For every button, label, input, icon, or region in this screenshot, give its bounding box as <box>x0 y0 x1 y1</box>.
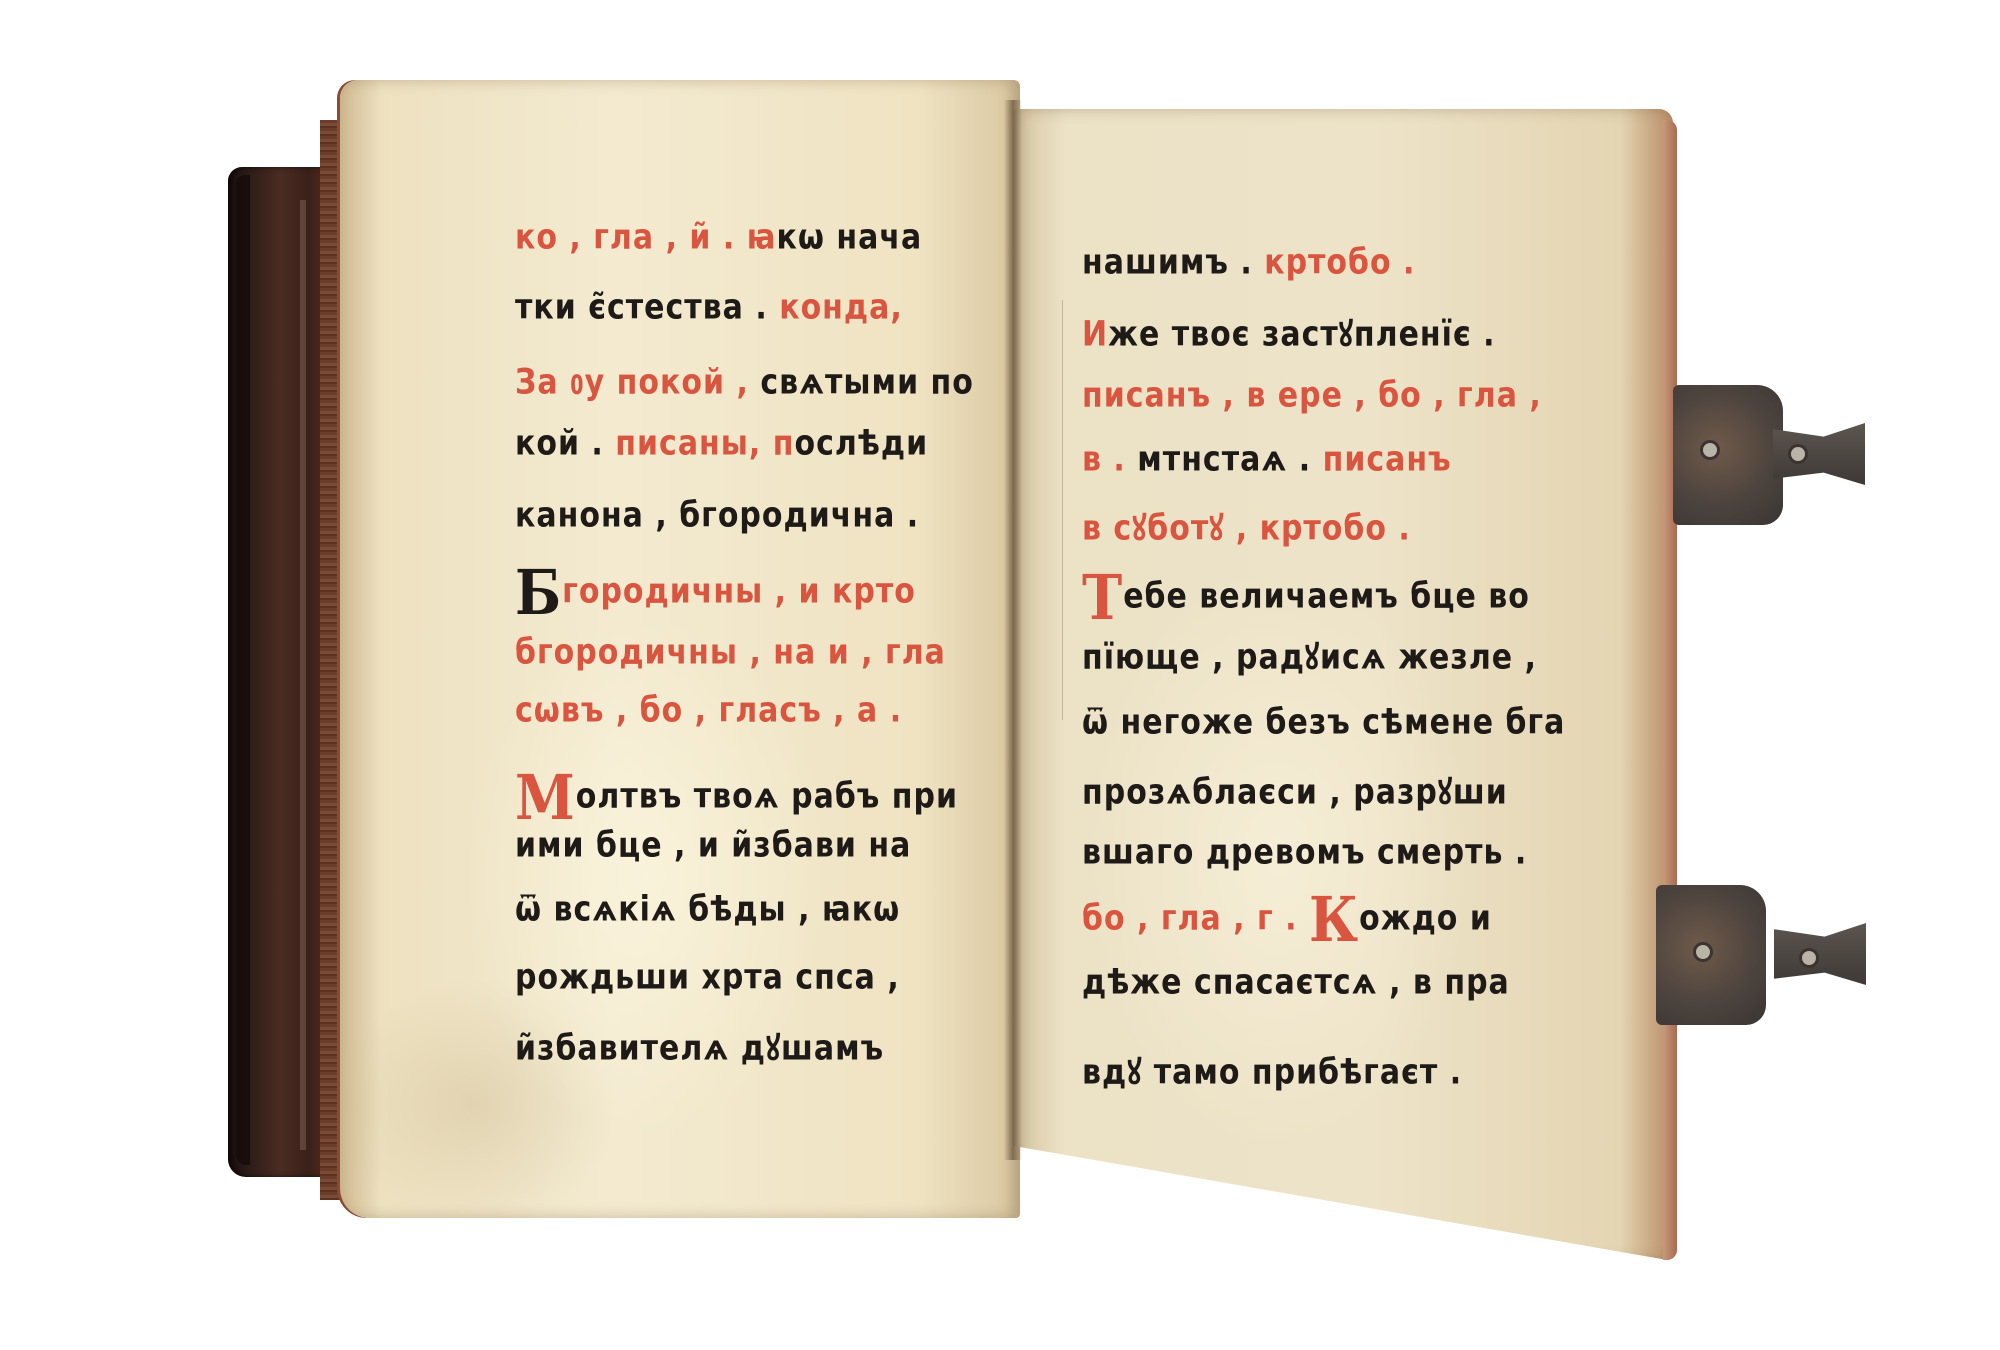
right-text-line: в сꙋботꙋ , кртобо . <box>1082 503 1411 550</box>
rubric-text: ꙗ <box>747 217 777 257</box>
rivet-icon <box>1703 443 1717 457</box>
body-text: и̃збавителѧ дꙋшамъ <box>515 1029 884 1069</box>
body-text: олтвъ твоѧ рабъ при <box>576 776 958 816</box>
body-text: же твоє застꙋпленїє . <box>1108 315 1495 355</box>
body-text: кѡ нача <box>777 217 923 257</box>
rubric-text: бо , гла , г . <box>1082 898 1309 938</box>
left-text-line: За ᲂу покой , свѧтыми по <box>515 357 974 404</box>
body-text: ѿ всѧкіѧ бѣды , ꙗкѡ <box>515 889 900 929</box>
body-text: ѿ негоже безъ сѣмене бга <box>1082 702 1565 742</box>
rubric-text: писаны, п <box>615 423 794 463</box>
left-text-line: ими бце , и и̃збави на <box>515 825 911 865</box>
body-text: ими бце , и и̃збави на <box>515 825 911 865</box>
cover-highlight <box>300 200 306 1150</box>
drop-initial: М <box>515 760 576 834</box>
drop-initial: К <box>1309 882 1359 956</box>
rivet-icon <box>1791 447 1805 461</box>
left-text-line: ѿ всѧкіѧ бѣды , ꙗкѡ <box>515 889 900 929</box>
left-text-line: тки є̃стества . конда, <box>515 287 903 327</box>
right-text-line: Иже твоє застꙋпленїє . <box>1082 309 1496 356</box>
drop-initial: Б <box>515 555 562 629</box>
right-text-line: ѿ негоже безъ сѣмене бга <box>1082 702 1565 742</box>
rubric-text: в сꙋботꙋ , кртобо . <box>1082 509 1411 549</box>
right-cover-edge <box>1663 120 1677 1260</box>
body-text: тки є̃стества . <box>515 287 779 327</box>
drop-initial: Т <box>1082 560 1123 634</box>
body-text: канона , бгородична . <box>515 495 919 535</box>
spine-gutter <box>1004 100 1022 1160</box>
cover-edge <box>236 175 250 1165</box>
left-text-line: сѡвъ , бо , гласъ , а . <box>515 690 902 730</box>
body-text: дѣже спасаєтсѧ , в пра <box>1082 962 1510 1002</box>
rubric-text: За ᲂу покой , <box>515 363 760 403</box>
rubric-text: сѡвъ , бо , гласъ , а . <box>515 690 902 730</box>
clasp-plate <box>1656 885 1766 1025</box>
left-text-line: Бгородичны , и крто <box>515 561 916 623</box>
right-text-line: Тебе величаемъ бце во <box>1082 566 1530 628</box>
left-text-line: ко , гла , и̃ . ꙗкѡ нача <box>515 217 922 257</box>
rubric-text: конда, <box>779 287 903 327</box>
right-text-line: дѣже спасаєтсѧ , в пра <box>1082 962 1510 1002</box>
rubric-text: городичны , и крто <box>562 571 916 611</box>
body-text: ебе величаемъ бце во <box>1123 576 1530 616</box>
left-text-line: бгородичны , на и , гла <box>515 632 946 672</box>
right-text-line: вдꙋ тамо прибѣгаєт . <box>1082 1047 1462 1094</box>
body-text: вдꙋ тамо прибѣгаєт . <box>1082 1053 1462 1093</box>
lower-clasp <box>1656 885 1856 1025</box>
clasp-tongue <box>1774 923 1866 985</box>
body-text: пїюще , радꙋисѧ жезле , <box>1082 638 1537 678</box>
right-text-line: пїюще , радꙋисѧ жезле , <box>1082 632 1537 679</box>
rubric-text: в . <box>1082 439 1137 479</box>
body-text: мтнстаѧ . <box>1137 439 1322 479</box>
rivet-icon <box>1696 945 1710 959</box>
rubric-text: кртобо . <box>1264 242 1415 282</box>
right-text-line: вшаго древомъ смерть . <box>1082 832 1527 872</box>
rivet-icon <box>1802 951 1816 965</box>
rubric-text: бгородичны , на и , гла <box>515 632 946 672</box>
rubric-text: писанъ , в ере , бо , гла , <box>1082 375 1542 415</box>
clasp-plate <box>1673 385 1783 525</box>
right-text-line: писанъ , в ере , бо , гла , <box>1082 375 1542 415</box>
body-text: ослѣди <box>794 423 928 463</box>
body-text: рождьши хрта спса , <box>515 957 900 997</box>
left-text-line: кой . писаны, послѣди <box>515 423 928 463</box>
body-text: кой . <box>515 423 615 463</box>
right-text-line: в . мтнстаѧ . писанъ <box>1082 439 1452 479</box>
body-text: вшаго древомъ смерть . <box>1082 832 1527 872</box>
page-margin-rule <box>1062 300 1063 720</box>
left-text-line: и̃збавителѧ дꙋшамъ <box>515 1023 884 1070</box>
rubric-text: И <box>1082 315 1108 355</box>
rubric-text: писанъ <box>1323 439 1452 479</box>
body-text: нашимъ . <box>1082 242 1264 282</box>
body-text: свѧтыми по <box>760 363 974 403</box>
left-text-line: рождьши хрта спса , <box>515 957 900 997</box>
body-text: прозѧблаєси , разрꙋши <box>1082 773 1508 813</box>
left-text-line: канона , бгородична . <box>515 495 919 535</box>
rubric-text: ко , гла , и̃ . <box>515 217 747 257</box>
upper-clasp <box>1673 385 1873 525</box>
right-text-line: нашимъ . кртобо . <box>1082 242 1415 282</box>
right-text-line: прозѧблаєси , разрꙋши <box>1082 767 1508 814</box>
left-text-line: Молтвъ твоѧ рабъ при <box>515 766 958 828</box>
right-text-line: бо , гла , г . Кождо и <box>1082 888 1492 950</box>
clasp-tongue <box>1773 423 1865 485</box>
body-text: ождо и <box>1359 898 1492 938</box>
